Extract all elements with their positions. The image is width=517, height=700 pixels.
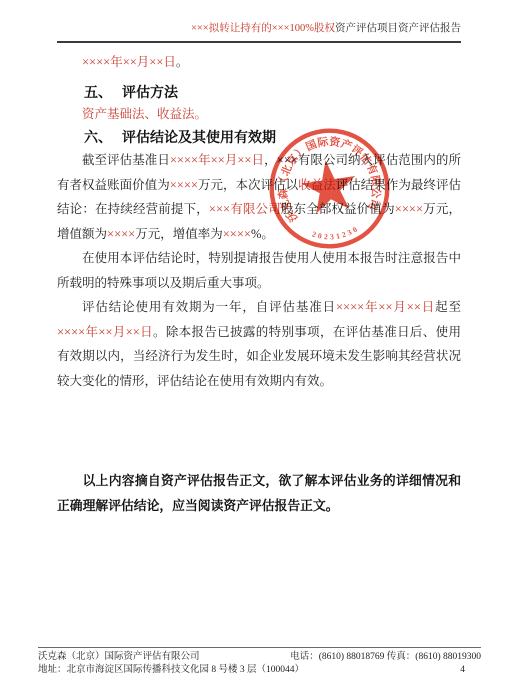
page-footer: 沃克森（北京）国际资产评估有限公司 电话：(8610) 88018769 传真：… (38, 647, 481, 677)
section-heading-5: 五、评估方法 (84, 83, 178, 101)
paragraph-conclusion-values: 截至评估基准日××××年××月××日，×××有限公司纳入评估范围内的所有者权益账… (57, 148, 461, 246)
report-page: ×××拟转让持有的×××100%股权资产评估项目资产评估报告 ××××年××月×… (0, 0, 517, 700)
closing-note: 以上内容摘自资产评估报告正文，欲了解本评估业务的详细情况和正确理解评估结论，应当… (57, 468, 461, 518)
conclusion-paragraphs: 截至评估基准日××××年××月××日，×××有限公司纳入评估范围内的所有者权益账… (57, 148, 461, 393)
section-title: 评估结论及其使用有效期 (122, 129, 276, 145)
section-number: 五、 (84, 84, 112, 100)
paragraph-validity-period: 评估结论使用有效期为一年，自评估基准日××××年××月××日起至××××年××月… (57, 295, 461, 393)
methods-line: 资产基础法、收益法。 (57, 102, 461, 127)
section-number: 六、 (84, 129, 112, 145)
date-line: ××××年××月××日。 (57, 50, 461, 75)
footer-address: 地址：北京市海淀区国际传播科技文化园 8 号楼 3 层（100044） (38, 664, 304, 677)
seal-star-icon (299, 156, 360, 215)
page-number: 4 (460, 664, 465, 677)
section-heading-6: 六、评估结论及其使用有效期 (84, 128, 276, 146)
company-seal-stamp: 沃克森（北京）国际资产评估有限公司 20231230 (258, 117, 401, 260)
footer-company-name: 沃克森（北京）国际资产评估有限公司 (38, 651, 200, 664)
footer-phone-fax: 电话：(8610) 88018769 传真：(8610) 88019300 (290, 651, 481, 664)
paragraph-usage-notice: 在使用本评估结论时，特别提请报告使用人使用本报告时注意报告中所载明的特殊事项以及… (57, 246, 461, 295)
page-header-title: ×××拟转让持有的×××100%股权资产评估项目资产评估报告 (57, 22, 461, 43)
section-title: 评估方法 (122, 84, 178, 100)
